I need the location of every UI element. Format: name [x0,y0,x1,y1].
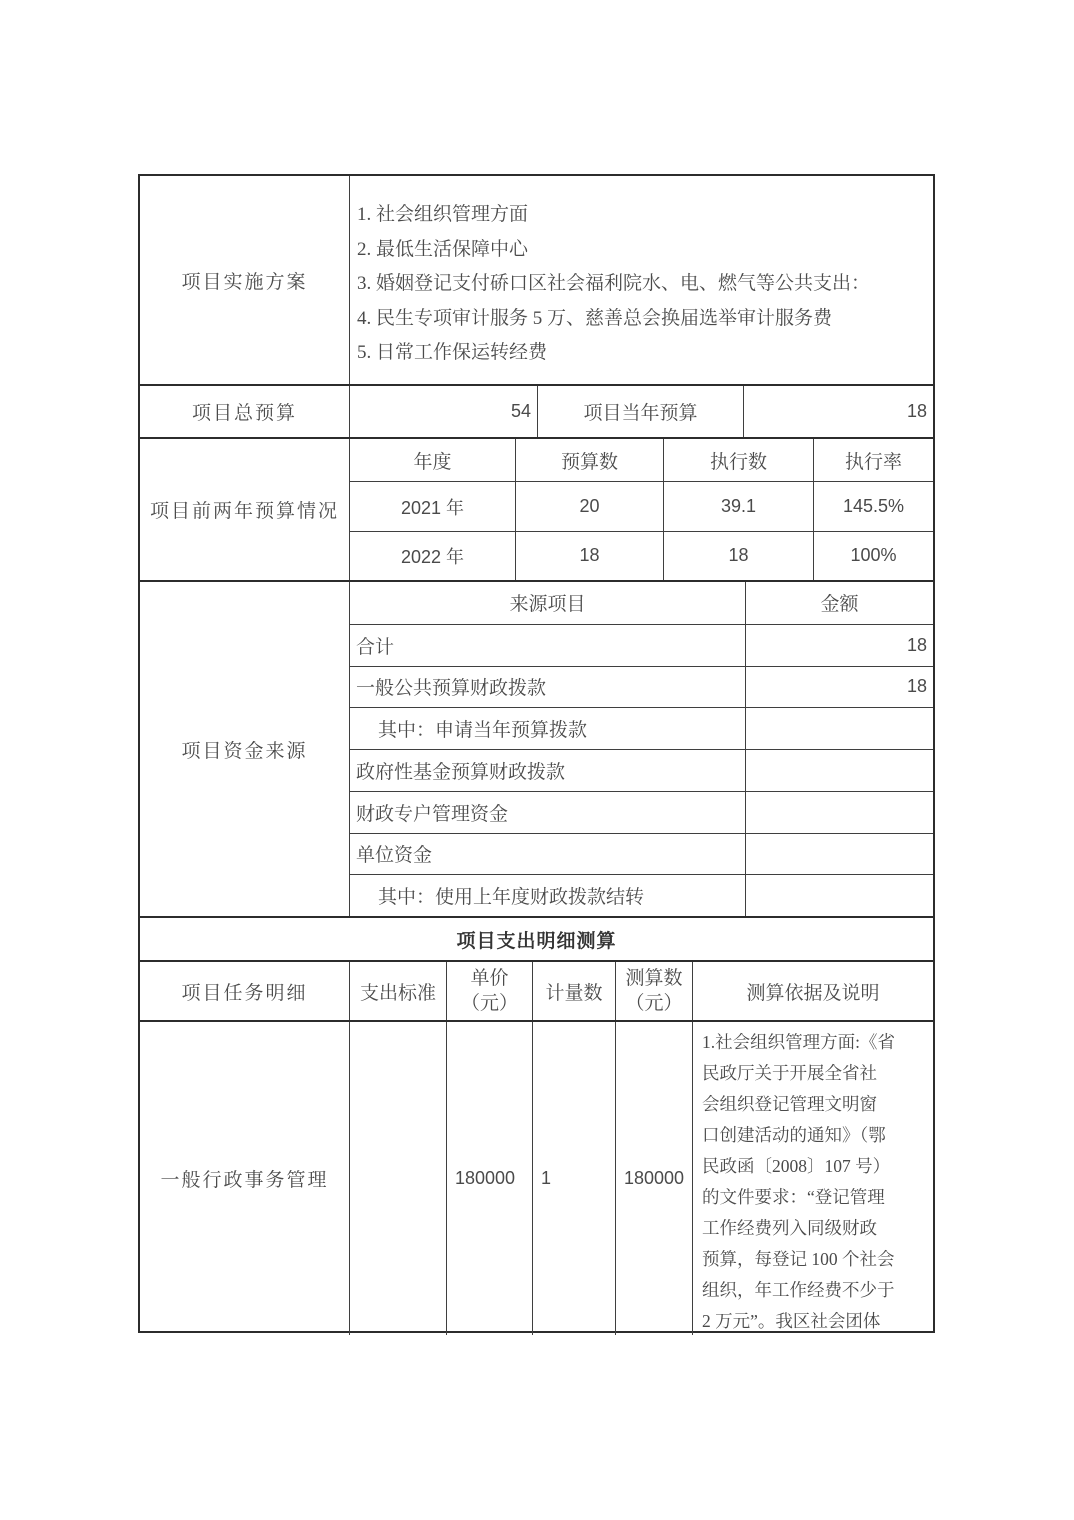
funding-source-name: 一般公共预算财政拨款 [350,667,745,708]
prior-years-section: 项目前两年预算情况 年度 预算数 执行数 执行率 2021 年 20 39.1 … [140,437,933,580]
funding-amount: 18 [745,625,933,666]
basis-text-line: 民政函〔2008〕107 号） [702,1151,924,1182]
detail-title-row: 项目支出明细测算 [140,916,933,960]
implementation-item: 4. 民生专项审计服务 5 万、慈善总会换届选举审计服务费 [357,302,925,337]
funding-amount: 18 [745,667,933,708]
task-detail-header: 项目任务明细 [140,962,349,1020]
basis-text-line: 工作经费列入同级财政 [702,1213,924,1244]
funding-row-general-public: 一般公共预算财政拨款 18 [350,666,933,708]
budget-value: 18 [515,532,663,580]
budget-value: 20 [515,482,663,530]
unit-price-value: 180000 [446,1022,532,1335]
funding-source-name: 其中：使用上年度财政拨款结转 [350,875,745,916]
current-year-budget-label: 项目当年预算 [537,386,743,437]
amount-header: 金额 [745,582,933,624]
expense-standard-header: 支出标准 [349,962,446,1020]
prior-years-header-row: 年度 预算数 执行数 执行率 [350,439,933,481]
detail-header-row: 项目任务明细 支出标准 单价 （元） 计量数 测算数 （元） 测算依据及说明 [140,960,933,1020]
basis-text-line: 会组织登记管理文明窗 [702,1089,924,1120]
basis-text: 1.社会组织管理方面:《省 民政厅关于开展全省社 会组织登记管理文明窗 口创建活… [692,1022,933,1335]
year-header: 年度 [350,439,515,481]
estimate-header: 测算数 （元） [615,962,692,1020]
funding-amount [745,875,933,916]
total-budget-label: 项目总预算 [140,386,349,437]
implementation-label: 项目实施方案 [140,176,349,384]
current-year-budget-value: 18 [743,386,933,437]
implementation-item: 3. 婚姻登记支付硚口区社会福利院水、电、燃气等公共支出： [357,267,925,302]
funding-amount [745,750,933,791]
executed-value: 18 [663,532,813,580]
funding-label: 项目资金来源 [140,582,349,916]
funding-source-name: 单位资金 [350,834,745,875]
funding-header-row: 来源项目 金额 [350,582,933,624]
rate-value: 145.5% [813,482,933,530]
funding-row-total: 合计 18 [350,624,933,666]
rate-header: 执行率 [813,439,933,481]
estimate-value: 180000 [615,1022,692,1335]
detail-title: 项目支出明细测算 [140,918,933,960]
year-value: 2021 年 [350,482,515,530]
prior-years-label: 项目前两年预算情况 [140,439,349,580]
funding-grid: 来源项目 金额 合计 18 一般公共预算财政拨款 18 其中：申请当年预算拨款 … [349,582,933,916]
unit-price-header: 单价 （元） [446,962,532,1020]
quantity-header: 计量数 [532,962,615,1020]
funding-source-name: 合计 [350,625,745,666]
prior-year-row-2021: 2021 年 20 39.1 145.5% [350,481,933,530]
task-detail-value: 一般行政事务管理 [140,1022,349,1335]
budget-header: 预算数 [515,439,663,481]
funding-amount [745,708,933,749]
basis-text-line: 民政厅关于开展全省社 [702,1058,924,1089]
basis-text-line: 1.社会组织管理方面:《省 [702,1027,924,1058]
prior-years-grid: 年度 预算数 执行数 执行率 2021 年 20 39.1 145.5% 202… [349,439,933,580]
quantity-value: 1 [532,1022,615,1335]
funding-source-name: 政府性基金预算财政拨款 [350,750,745,791]
implementation-list: 1. 社会组织管理方面 2. 最低生活保障中心 3. 婚姻登记支付硚口区社会福利… [349,176,933,384]
implementation-item: 2. 最低生活保障中心 [357,233,925,268]
project-budget-table: 项目实施方案 1. 社会组织管理方面 2. 最低生活保障中心 3. 婚姻登记支付… [138,174,935,1333]
basis-header: 测算依据及说明 [692,962,933,1020]
implementation-row: 项目实施方案 1. 社会组织管理方面 2. 最低生活保障中心 3. 婚姻登记支付… [140,176,933,384]
basis-text-line: 2 万元”。我区社会团体 [702,1306,924,1335]
prior-year-row-2022: 2022 年 18 18 100% [350,531,933,580]
budget-summary-row: 项目总预算 54 项目当年预算 18 [140,384,933,437]
detail-data-row: 一般行政事务管理 180000 1 180000 1.社会组织管理方面:《省 民… [140,1020,933,1335]
funding-section: 项目资金来源 来源项目 金额 合计 18 一般公共预算财政拨款 18 其中：申请… [140,580,933,916]
implementation-item: 5. 日常工作保运转经费 [357,336,925,371]
funding-row-government-fund: 政府性基金预算财政拨款 [350,749,933,791]
rate-value: 100% [813,532,933,580]
basis-text-line: 口创建活动的通知》（鄂 [702,1120,924,1151]
expense-standard-value [349,1022,446,1335]
funding-amount [745,834,933,875]
implementation-item: 1. 社会组织管理方面 [357,198,925,233]
total-budget-value: 54 [349,386,537,437]
source-item-header: 来源项目 [350,582,745,624]
executed-header: 执行数 [663,439,813,481]
basis-text-line: 的文件要求：“登记管理 [702,1182,924,1213]
funding-source-name: 其中：申请当年预算拨款 [350,708,745,749]
funding-row-unit-funds: 单位资金 [350,833,933,875]
year-value: 2022 年 [350,532,515,580]
funding-row-current-year-appropriation: 其中：申请当年预算拨款 [350,707,933,749]
funding-row-fiscal-account: 财政专户管理资金 [350,791,933,833]
funding-source-name: 财政专户管理资金 [350,792,745,833]
executed-value: 39.1 [663,482,813,530]
funding-amount [745,792,933,833]
basis-text-line: 预算，每登记 100 个社会 [702,1244,924,1275]
funding-row-carryover: 其中：使用上年度财政拨款结转 [350,874,933,916]
basis-text-line: 组织，年工作经费不少于 [702,1275,924,1306]
